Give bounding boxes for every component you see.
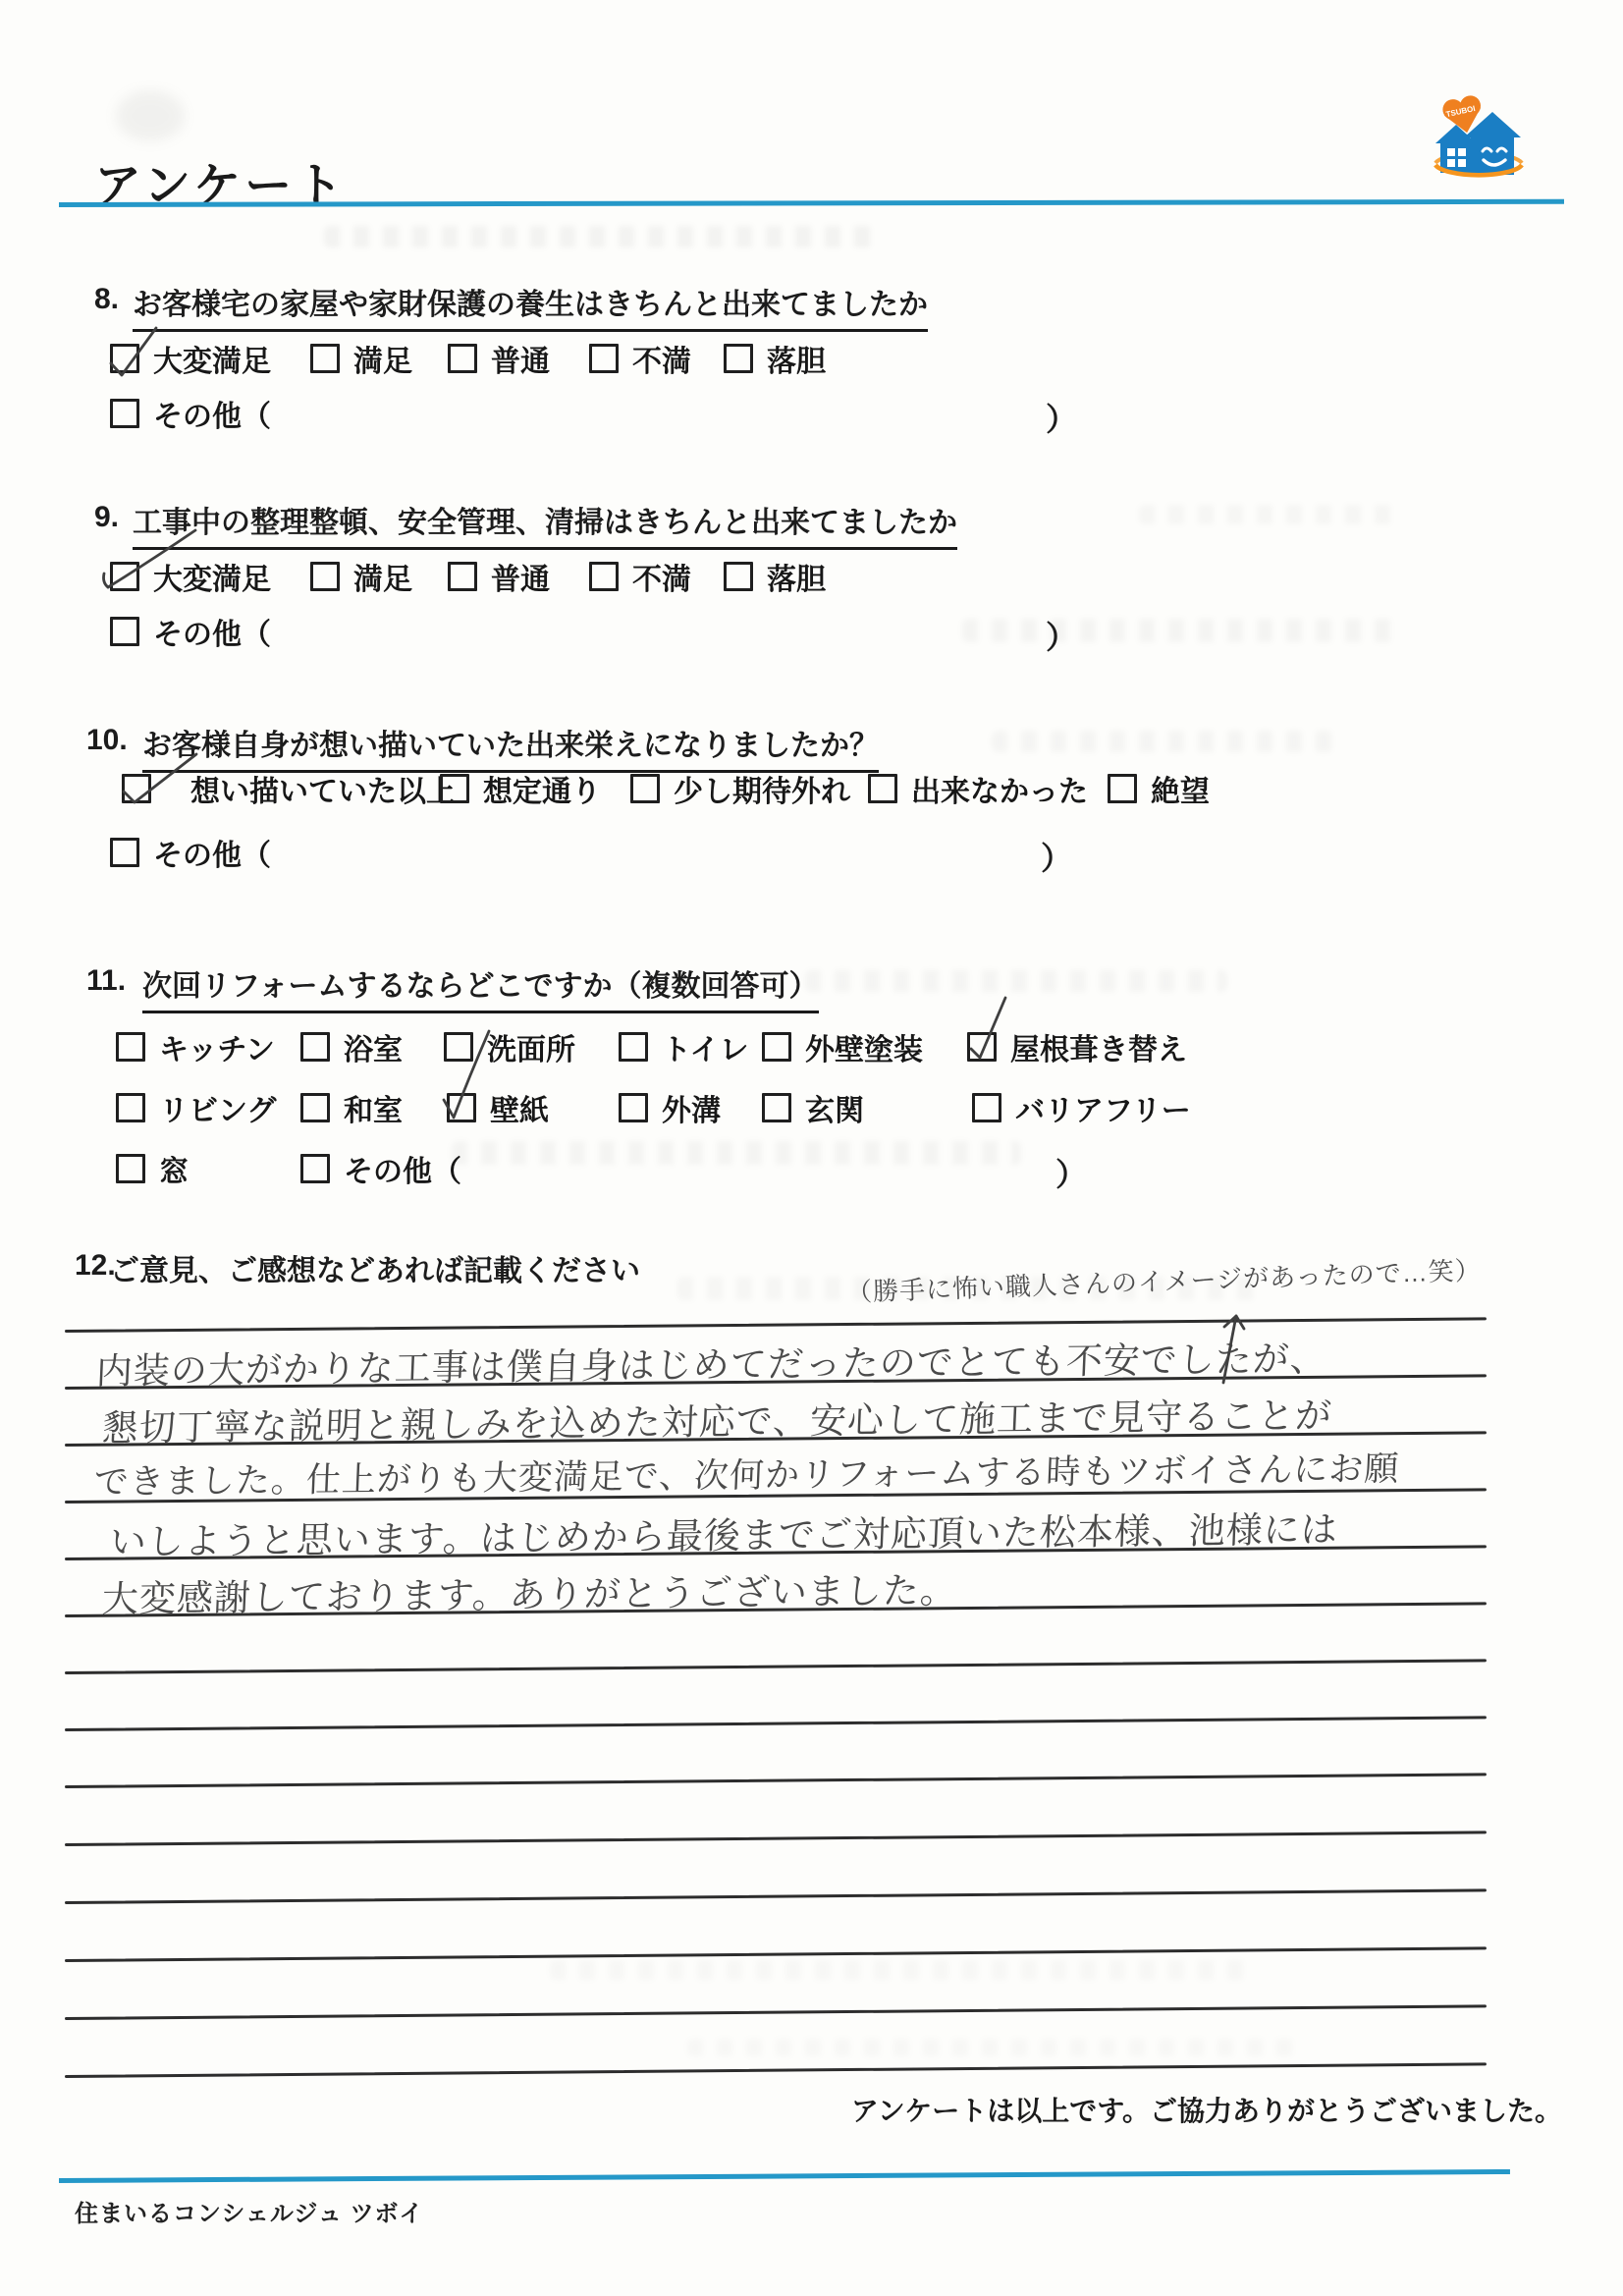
q9-other-close-paren: ）	[1046, 613, 1077, 658]
question-9-options-row: 大変満足 満足 普通 不満 落胆	[0, 556, 1623, 597]
handwritten-comment-line-4: いしようと思います。はじめから最後までご対応頂いた松本様、池様には	[109, 1500, 1339, 1565]
checkbox-q8-daihen-manzoku[interactable]	[110, 344, 139, 373]
bleedthrough-text	[324, 226, 874, 247]
option-q11-exterior-paint: 外壁塗装	[762, 1026, 923, 1067]
checkbox-q11-washroom[interactable]	[444, 1032, 473, 1062]
scan-smudge	[116, 90, 185, 141]
option-q11-barrier-free: バリアフリー	[972, 1087, 1191, 1128]
checkbox-q11-entrance[interactable]	[762, 1093, 791, 1122]
bleedthrough-text	[1139, 505, 1394, 524]
option-q9-other: その他（	[110, 611, 271, 652]
bleedthrough-text	[992, 731, 1345, 752]
option-q11-living: リビング	[116, 1087, 276, 1128]
option-q11-wallpaper: 壁紙	[447, 1087, 549, 1128]
question-8-options-row: 大変満足 満足 普通 不満 落胆	[0, 338, 1623, 379]
ruled-line	[65, 1716, 1487, 1731]
option-q9-rakutan: 落胆	[724, 556, 826, 597]
option-q8-futsuu: 普通	[448, 338, 550, 379]
option-q11-other: その他（	[300, 1148, 461, 1189]
closing-thanks-text: アンケートは以上です。ご協力ありがとうございました。	[851, 2090, 1562, 2129]
option-q8-rakutan: 落胆	[724, 338, 826, 379]
option-q8-manzoku: 満足	[310, 338, 412, 379]
q8-other-close-paren: ）	[1046, 395, 1077, 440]
checkbox-q8-other[interactable]	[110, 399, 139, 428]
question-8-number: 8.	[94, 283, 119, 316]
ruled-line	[65, 2004, 1487, 2020]
tsuboi-company-logo: TSUBOI	[1432, 92, 1526, 183]
checkbox-q10-as-expected[interactable]	[440, 774, 469, 803]
q11-other-close-paren: ）	[1055, 1150, 1087, 1195]
checkbox-q11-roof-replacement[interactable]	[967, 1032, 997, 1062]
checkbox-q8-fuman[interactable]	[589, 344, 619, 373]
option-q8-daihen-manzoku: 大変満足	[110, 338, 271, 379]
checkbox-q11-kitchen[interactable]	[116, 1032, 145, 1062]
question-9-text: 工事中の整理整頓、安全管理、清掃はきちんと出来てましたか	[133, 498, 957, 550]
handwritten-comment-line-1: 内装の大がかりな工事は僕自身はじめてだったのでとても不安でしたが、	[95, 1329, 1328, 1394]
handwritten-annotation: （勝手に怖い職人さんのイメージがあったので…笑）	[845, 1250, 1482, 1309]
option-q10-bit-disappointing: 少し期待外れ	[630, 768, 850, 809]
ruled-line	[65, 1659, 1487, 1674]
checkbox-q10-despair[interactable]	[1108, 774, 1137, 803]
option-q11-bathroom: 浴室	[300, 1026, 403, 1067]
checkbox-q10-beyond-imagined[interactable]	[122, 774, 151, 803]
ruled-line	[65, 1888, 1487, 1904]
option-q11-toilet: トイレ	[619, 1026, 749, 1067]
option-q10-not-achieved: 出来なかった	[868, 768, 1088, 809]
option-q11-washroom: 洗面所	[444, 1026, 575, 1067]
option-q11-window: 窓	[116, 1148, 189, 1189]
option-q10-beyond-imagined: 想い描いていた以上	[122, 768, 456, 809]
checkbox-q9-manzoku[interactable]	[310, 562, 340, 591]
option-q10-despair: 絶望	[1108, 768, 1210, 809]
checkbox-q11-wallpaper[interactable]	[447, 1093, 476, 1122]
question-10-options-row: 想い描いていた以上 想定通り 少し期待外れ 出来なかった 絶望	[0, 768, 1623, 809]
checkbox-q11-japanese-room[interactable]	[300, 1093, 330, 1122]
footer-rule	[59, 2169, 1510, 2183]
question-8-other-row: その他（ ）	[0, 393, 1623, 434]
checkbox-q11-window[interactable]	[116, 1154, 145, 1183]
option-q8-other: その他（	[110, 393, 271, 434]
checkbox-q11-barrier-free[interactable]	[972, 1093, 1001, 1122]
question-11-row-3: 窓 その他（ ）	[0, 1148, 1623, 1189]
question-11-row-2: リビング 和室 壁紙 外溝 玄関 バリアフリー	[0, 1087, 1623, 1128]
checkbox-q10-not-achieved[interactable]	[868, 774, 897, 803]
company-name: 住まいるコンシェルジュ ツボイ	[75, 2194, 424, 2228]
question-8-text: お客様宅の家屋や家財保護の養生はきちんと出来てましたか	[133, 280, 928, 332]
question-10-text: お客様自身が想い描いていた出来栄えになりましたか？	[142, 721, 879, 773]
ruled-line	[65, 2062, 1487, 2078]
question-10-other-row: その他（ ）	[0, 832, 1623, 873]
option-q9-futsuu: 普通	[448, 556, 550, 597]
question-11-row-1: キッチン 浴室 洗面所 トイレ 外壁塗装 屋根葺き替え	[0, 1026, 1623, 1067]
option-q11-entrance: 玄関	[762, 1087, 864, 1128]
checkbox-q10-bit-disappointing[interactable]	[630, 774, 660, 803]
option-q10-as-expected: 想定通り	[440, 768, 601, 809]
option-q11-roof-replacement: 屋根葺き替え	[967, 1026, 1187, 1067]
checkbox-q11-toilet[interactable]	[619, 1032, 648, 1062]
option-q9-fuman: 不満	[589, 556, 691, 597]
question-11-number: 11.	[86, 964, 126, 998]
checkbox-q9-daihen-manzoku[interactable]	[110, 562, 139, 591]
checkbox-q8-futsuu[interactable]	[448, 344, 477, 373]
option-q11-kitchen: キッチン	[116, 1026, 275, 1067]
option-q9-manzoku: 満足	[310, 556, 412, 597]
checkbox-q11-bathroom[interactable]	[300, 1032, 330, 1062]
checkbox-q9-rakutan[interactable]	[724, 562, 753, 591]
scanned-survey-page: アンケート TSUBOI 8.	[0, 0, 1623, 2296]
checkbox-q10-other[interactable]	[110, 838, 139, 867]
q10-other-close-paren: ）	[1041, 834, 1072, 879]
option-q11-outer-drain: 外溝	[619, 1087, 721, 1128]
checkbox-q11-exterior-paint[interactable]	[762, 1032, 791, 1062]
checkbox-q9-other[interactable]	[110, 617, 139, 646]
ruled-line	[65, 1946, 1487, 1962]
bleedthrough-text	[550, 1960, 1257, 1980]
checkbox-q9-futsuu[interactable]	[448, 562, 477, 591]
bleedthrough-text	[805, 970, 1227, 992]
question-9-other-row: その他（ ）	[0, 611, 1623, 652]
ruled-line	[65, 1831, 1487, 1846]
checkbox-q8-manzoku[interactable]	[310, 344, 340, 373]
option-q11-japanese-room: 和室	[300, 1087, 403, 1128]
option-q8-fuman: 不満	[589, 338, 691, 379]
handwritten-comment-line-3: できました。仕上がりも大変満足で、次何かリフォームする時もツボイさんにお願	[93, 1442, 1401, 1504]
handwritten-comment-line-2: 懇切丁寧な説明と親しみを込めた対応で、安心して施工まで見守ることが	[101, 1386, 1333, 1451]
question-11-text: 次回リフォームするならどこですか（複数回答可）	[142, 961, 819, 1013]
checkbox-q8-rakutan[interactable]	[724, 344, 753, 373]
checkbox-q11-living[interactable]	[116, 1093, 145, 1122]
handwritten-comment-line-5: 大変感謝しております。ありがとうございました。	[101, 1560, 958, 1622]
option-q9-daihen-manzoku: 大変満足	[110, 556, 271, 597]
bleedthrough-text	[687, 2039, 1296, 2056]
ruled-line	[65, 1773, 1487, 1788]
question-12-text: ご意見、ご感想などあれば記載ください	[110, 1246, 640, 1295]
question-9-number: 9.	[94, 501, 119, 534]
option-q10-other: その他（	[110, 832, 271, 873]
checkbox-q11-outer-drain[interactable]	[619, 1093, 648, 1122]
checkbox-q11-other[interactable]	[300, 1154, 330, 1183]
question-10-number: 10.	[86, 724, 128, 757]
checkbox-q9-fuman[interactable]	[589, 562, 619, 591]
